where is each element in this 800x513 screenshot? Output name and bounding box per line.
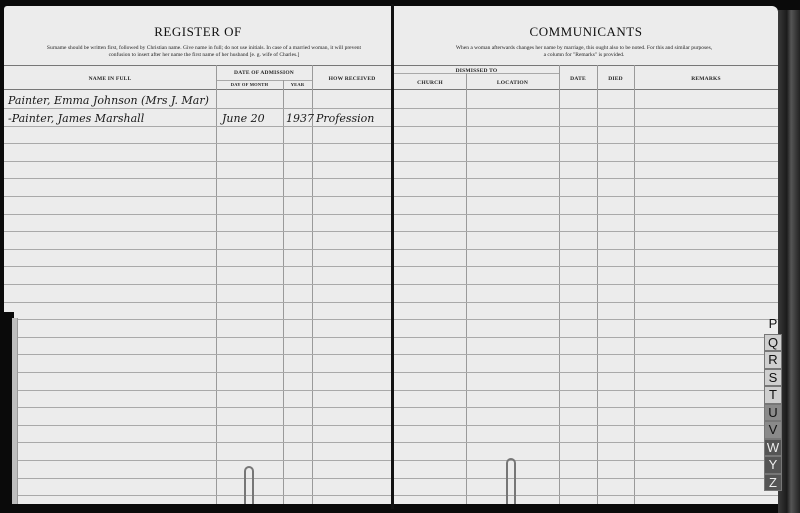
- index-tab-z[interactable]: Z: [764, 474, 782, 492]
- ruled-line: [394, 143, 778, 144]
- ruled-line: [394, 478, 778, 479]
- paper-clip-left: [244, 466, 254, 504]
- ruled-line: [394, 460, 778, 461]
- col-header-date-of-admission: DATE OF ADMISSION: [216, 70, 312, 76]
- entry-2-day: June 20: [222, 112, 265, 125]
- ruled-line: [4, 337, 392, 338]
- ruled-line: [394, 407, 778, 408]
- index-tab-q[interactable]: Q: [764, 334, 782, 352]
- ruled-line: [4, 196, 392, 197]
- col-header-day-of-month: DAY OF MONTH: [216, 82, 283, 87]
- ruled-line: [4, 266, 392, 267]
- ruled-line: [4, 442, 392, 443]
- ruled-line: [4, 319, 392, 320]
- ruled-line: [4, 143, 392, 144]
- page-title-left: REGISTER OF: [4, 24, 392, 40]
- ruled-line: [4, 407, 392, 408]
- ruled-line: [4, 108, 392, 109]
- index-tab-v[interactable]: V: [764, 421, 782, 439]
- ruled-line: [394, 284, 778, 285]
- ruled-line: [394, 354, 778, 355]
- ruled-line: [4, 495, 392, 496]
- ruled-line: [4, 354, 392, 355]
- admission-subrule: [216, 80, 312, 81]
- index-tab-s[interactable]: S: [764, 369, 782, 387]
- ruled-line: [394, 425, 778, 426]
- ruled-line: [394, 249, 778, 250]
- ruled-line: [4, 390, 392, 391]
- entry-2-name: -Painter, James Marshall: [8, 112, 144, 125]
- col-header-church: CHURCH: [394, 80, 466, 86]
- header-bottom-rule-right: [394, 89, 778, 90]
- index-tab-u[interactable]: U: [764, 404, 782, 422]
- left-page: REGISTER OF Surname should be written fi…: [4, 6, 392, 504]
- col-header-date: DATE: [559, 76, 597, 82]
- header-top-rule-right: [394, 65, 778, 66]
- index-tab-w[interactable]: W: [764, 439, 782, 457]
- ruled-line: [4, 302, 392, 303]
- paper-clip-right: [506, 458, 516, 504]
- ruled-line: [4, 460, 392, 461]
- register-book: REGISTER OF Surname should be written fi…: [0, 0, 800, 513]
- ruled-line: [394, 337, 778, 338]
- col-header-remarks: REMARKS: [634, 76, 778, 82]
- alphabet-index-tabs: P Q R S T U V W Y Z: [762, 316, 782, 491]
- col-header-died: DIED: [597, 76, 634, 82]
- ruled-line: [394, 442, 778, 443]
- ruled-line: [394, 390, 778, 391]
- ruled-line: [394, 495, 778, 496]
- col-header-name: NAME IN FULL: [4, 76, 216, 82]
- index-tab-r[interactable]: R: [764, 351, 782, 369]
- ruled-line: [394, 214, 778, 215]
- ruled-line: [394, 126, 778, 127]
- ruled-line: [394, 302, 778, 303]
- ruled-line: [4, 231, 392, 232]
- ruled-line: [4, 478, 392, 479]
- ruled-line: [394, 108, 778, 109]
- entry-1-name: Painter, Emma Johnson (Mrs J. Mar): [8, 94, 209, 107]
- left-page-edges: [12, 318, 18, 504]
- header-bottom-rule: [4, 89, 392, 90]
- col-header-dismissed-to: DISMISSED TO: [394, 68, 559, 74]
- col-divider-church: [466, 73, 467, 504]
- ruled-line: [394, 372, 778, 373]
- page-title-right: COMMUNICANTS: [394, 24, 778, 40]
- col-header-how-received: HOW RECEIVED: [312, 76, 392, 82]
- instructions-right: When a woman afterwards changes her name…: [454, 45, 714, 58]
- header-top-rule: [4, 65, 392, 66]
- index-tab-t[interactable]: T: [764, 386, 782, 404]
- ruled-line: [4, 214, 392, 215]
- ruled-line: [4, 161, 392, 162]
- ruled-line: [394, 319, 778, 320]
- index-tab-p[interactable]: P: [764, 316, 782, 334]
- ruled-line: [394, 161, 778, 162]
- ruled-line: [394, 231, 778, 232]
- ruled-line: [4, 126, 392, 127]
- col-header-year: YEAR: [283, 82, 312, 87]
- ruled-line: [4, 372, 392, 373]
- col-header-location: LOCATION: [466, 80, 559, 86]
- right-page: COMMUNICANTS When a woman afterwards cha…: [394, 6, 778, 504]
- ruled-line: [4, 425, 392, 426]
- ruled-line: [4, 284, 392, 285]
- ruled-line: [4, 178, 392, 179]
- instructions-left: Surname should be written first, followe…: [44, 45, 364, 58]
- ruled-line: [394, 266, 778, 267]
- ruled-line: [394, 196, 778, 197]
- index-tab-y[interactable]: Y: [764, 456, 782, 474]
- ruled-line: [394, 178, 778, 179]
- ruled-line: [4, 249, 392, 250]
- entry-2-how-received: Profession: [316, 112, 374, 125]
- entry-2-year: 1937: [286, 112, 314, 125]
